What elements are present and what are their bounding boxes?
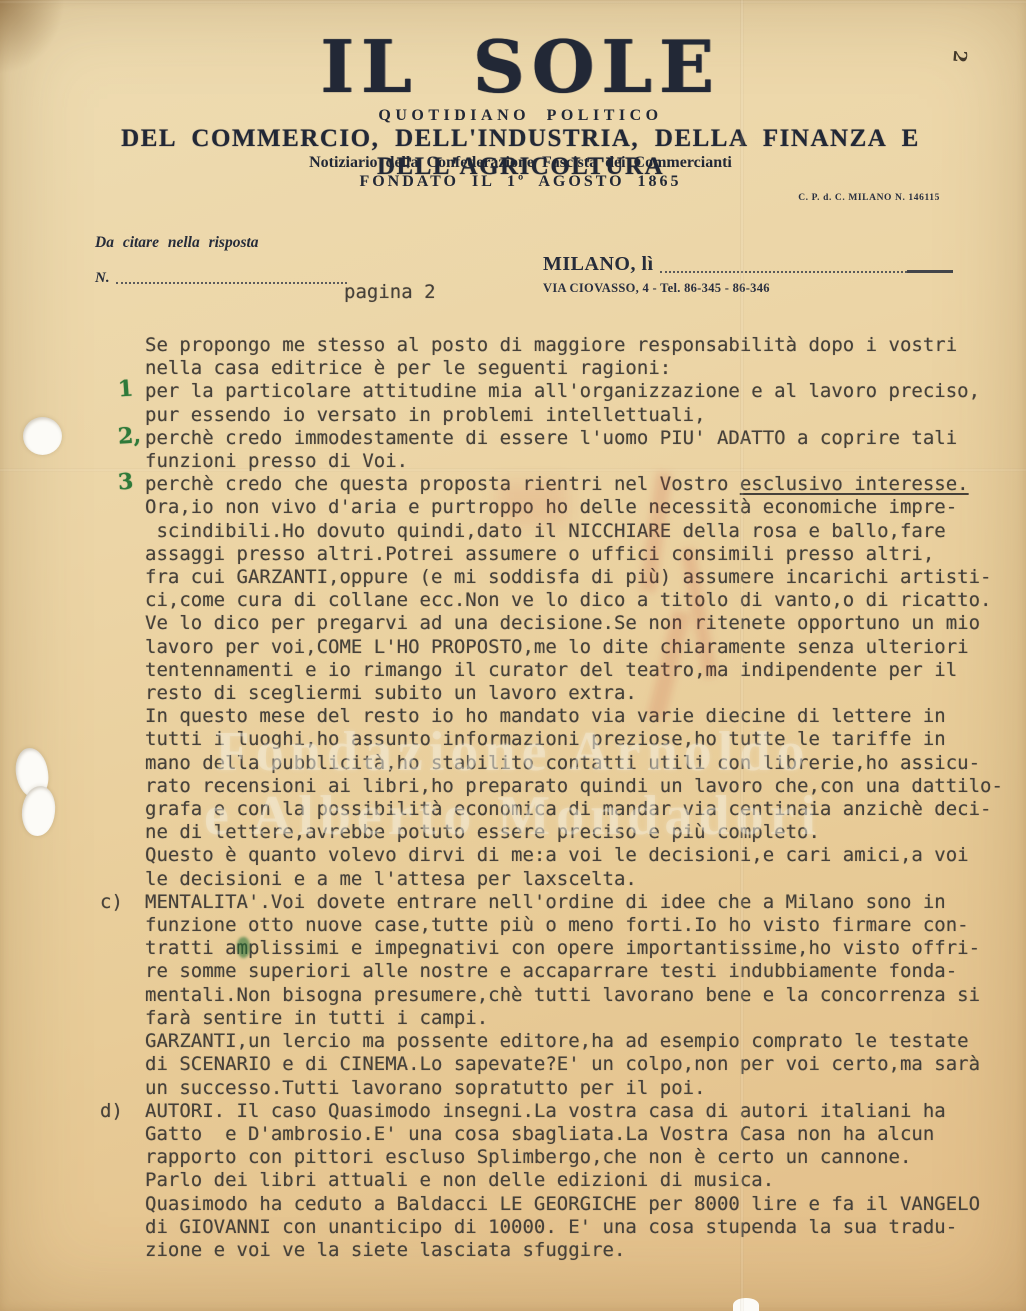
letter-line-text: grafa e con la possibilità economica di … — [145, 798, 991, 820]
letter-line-text: In questo mese del resto io ho mandato v… — [145, 705, 946, 727]
letter-line: Se propongo me stesso al posto di maggio… — [145, 334, 1023, 357]
letter-line-text: tutti i luoghi,ho assunto informazioni p… — [145, 728, 946, 750]
letter-line-text: assaggi presso altri.Potrei assumere o u… — [145, 543, 934, 565]
letter-line-text: zione e voi ve la siete lasciata sfuggir… — [145, 1239, 625, 1261]
letter-line: GARZANTI,un lercio ma possente editore,h… — [145, 1030, 1023, 1053]
letter-line-text: funzioni presso di Voi. — [145, 450, 408, 472]
paper-nick — [733, 1298, 759, 1311]
letter-line-text: perchè credo che questa proposta rientri… — [145, 473, 740, 495]
letter-line: grafa e con la possibilità economica di … — [145, 798, 1023, 821]
letter-line: zione e voi ve la siete lasciata sfuggir… — [145, 1239, 1023, 1262]
letter-line: Ora,io non vivo d'aria e purtroppo ho de… — [145, 496, 1023, 519]
letter-line: ci,come cura di collane ecc.Non ve lo di… — [145, 589, 1023, 612]
letter-line-text: le decisioni e a me l'attesa per laxscel… — [145, 868, 637, 890]
letter-line: le decisioni e a me l'attesa per laxscel… — [145, 868, 1023, 891]
letter-line-text: nella casa editrice è per le seguenti ra… — [145, 357, 671, 379]
masthead-confederation-line: Notiziario della Confederazione Fascista… — [15, 154, 1026, 172]
city-date-label: MILANO, lì — [543, 253, 654, 276]
letter-line: rapporto con pittori escluso Splimbergo,… — [145, 1146, 1023, 1169]
masthead-founded-line: FONDATO IL 1º AGOSTO 1865 — [15, 173, 1026, 191]
reference-number-line: N. — [95, 268, 347, 287]
letter-line-text: di SCENARIO e di CINEMA.Lo sapevate?E' u… — [145, 1053, 980, 1075]
letter-line: pur essendo io versato in problemi intel… — [145, 404, 1023, 427]
letter-line-text: farà sentire in tutti i campi. — [145, 1007, 488, 1029]
letter-line: di GIOVANNI con unanticipo di 10000. E' … — [145, 1216, 1023, 1239]
letter-line: funzione otto nuove case,tutte più o men… — [145, 914, 1023, 937]
letter-line-text: di GIOVANNI con unanticipo di 10000. E' … — [145, 1216, 957, 1238]
letter-line-text: pur essendo io versato in problemi intel… — [145, 404, 706, 426]
letter-line: tutti i luoghi,ho assunto informazioni p… — [145, 728, 1023, 751]
dotted-fill-line — [116, 268, 347, 284]
handwritten-list-number: 1 — [117, 378, 134, 402]
letter-line: Parlo dei libri attuali e non delle ediz… — [145, 1169, 1023, 1192]
letter-line: funzioni presso di Voi. — [145, 450, 1023, 473]
letter-line-text: Ora,io non vivo d'aria e purtroppo ho de… — [145, 496, 957, 518]
letter-line-text: tentennamenti e io rimango il curator de… — [145, 659, 957, 681]
reply-reference-note: Da citare nella risposta — [95, 234, 259, 252]
letter-line: nella casa editrice è per le seguenti ra… — [145, 357, 1023, 380]
letter-line: c)MENTALITA'.Voi dovete entrare nell'ord… — [145, 891, 1023, 914]
letter-line-text: Questo è quanto volevo dirvi di me:a voi… — [145, 844, 969, 866]
letter-line: tratti amplissimi e impegnativi con oper… — [145, 937, 1023, 960]
letter-line: farà sentire in tutti i campi. — [145, 1007, 1023, 1030]
handwritten-list-number: 3 — [117, 471, 134, 495]
letter-line: ne di lettere,avrebbe potuto essere prec… — [145, 821, 1023, 844]
letter-line-text: AUTORI. Il caso Quasimodo insegni.La vos… — [145, 1100, 946, 1122]
postal-registration-note: C. P. d. C. MILANO N. 146115 — [798, 193, 940, 203]
letter-line-text: Gatto e D'ambrosio.E' una cosa sbagliata… — [145, 1123, 934, 1145]
letter-line-text: GARZANTI,un lercio ma possente editore,h… — [145, 1030, 969, 1052]
letter-line-text: Parlo dei libri attuali e non delle ediz… — [145, 1169, 774, 1191]
letter-line: assaggi presso altri.Potrei assumere o u… — [145, 543, 1023, 566]
letter-line-text: re somme superiori alle nostre e accapar… — [145, 960, 957, 982]
letter-body: Se propongo me stesso al posto di maggio… — [145, 334, 1023, 1262]
letter-line-text: tratti amplissimi e impegnativi con oper… — [145, 937, 980, 959]
letter-line-text: rapporto con pittori escluso Splimbergo,… — [145, 1146, 911, 1168]
letter-line-text: Se propongo me stesso al posto di maggio… — [145, 334, 957, 356]
letter-line: scindibili.Ho dovuto quindi,dato il NICC… — [145, 520, 1023, 543]
letter-line-text: fra cui GARZANTI,oppure (e mi soddisfa d… — [145, 566, 991, 588]
letter-line: Ve lo dico per pregarvi ad una decisione… — [145, 612, 1023, 635]
line-end-dash — [907, 270, 953, 273]
letter-line-text: MENTALITA'.Voi dovete entrare nell'ordin… — [145, 891, 946, 913]
dotted-fill-line — [660, 257, 907, 273]
letter-line: lavoro per voi,COME L'HO PROPOSTO,me lo … — [145, 636, 1023, 659]
letter-line: Questo è quanto volevo dirvi di me:a voi… — [145, 844, 1023, 867]
letter-line-text: Ve lo dico per pregarvi ad una decisione… — [145, 612, 980, 634]
punch-hole — [23, 417, 62, 455]
letter-line: mentali.Non bisogna presumere,chè tutti … — [145, 984, 1023, 1007]
letter-line-text: funzione otto nuove case,tutte più o men… — [145, 914, 969, 936]
page-number-label: pagina 2 — [344, 281, 436, 303]
letter-line: di SCENARIO e di CINEMA.Lo sapevate?E' u… — [145, 1053, 1023, 1076]
letter-line: In questo mese del resto io ho mandato v… — [145, 705, 1023, 728]
typed-list-letter: d) — [100, 1100, 123, 1123]
letter-line-text: mentali.Non bisogna presumere,chè tutti … — [145, 984, 980, 1006]
letter-line-text: scindibili.Ho dovuto quindi,dato il NICC… — [145, 520, 946, 542]
letter-line: 2,perchè credo immodestamente di essere … — [145, 427, 1023, 450]
letter-line-text: un successo.Tutti lavorano sopratutto pe… — [145, 1077, 706, 1099]
street-address: VIA CIOVASSO, 4 - Tel. 86-345 - 86-346 — [543, 281, 770, 296]
reference-number-label: N. — [95, 270, 110, 287]
horizontal-fold-crease — [0, 0, 1026, 4]
letter-line-text: lavoro per voi,COME L'HO PROPOSTO,me lo … — [145, 636, 969, 658]
letter-line: un successo.Tutti lavorano sopratutto pe… — [145, 1077, 1023, 1100]
letter-line-text: rato recensioni ai libri,ho preparato qu… — [145, 775, 1003, 797]
handwritten-list-number: 2, — [117, 424, 142, 449]
letter-line: d)AUTORI. Il caso Quasimodo insegni.La v… — [145, 1100, 1023, 1123]
letter-line-text: ci,come cura di collane ecc.Non ve lo di… — [145, 589, 991, 611]
typed-list-letter: c) — [100, 891, 123, 914]
letter-line: rato recensioni ai libri,ho preparato qu… — [145, 775, 1023, 798]
archival-corner-number: 2 — [948, 49, 970, 63]
letter-line: fra cui GARZANTI,oppure (e mi soddisfa d… — [145, 566, 1023, 589]
letter-line-text: perchè credo immodestamente di essere l'… — [145, 427, 957, 449]
letter-line: tentennamenti e io rimango il curator de… — [145, 659, 1023, 682]
letter-line: 3perchè credo che questa proposta rientr… — [145, 473, 1023, 496]
letter-line: Quasimodo ha ceduto a Baldacci LE GEORGI… — [145, 1193, 1023, 1216]
letter-line: 1per la particolare attitudine mia all'o… — [145, 380, 1023, 403]
scanned-letter-page: IL SOLE QUOTIDIANO POLITICO DEL COMMERCI… — [0, 0, 1026, 1311]
newspaper-masthead-title: IL SOLE — [15, 30, 1026, 104]
masthead-subtitle: QUOTIDIANO POLITICO — [15, 107, 1026, 125]
letter-line-text: ne di lettere,avrebbe potuto essere prec… — [145, 821, 820, 843]
letter-line-text: resto di scegliermi subito un lavoro ext… — [145, 682, 637, 704]
letter-line-text: Quasimodo ha ceduto a Baldacci LE GEORGI… — [145, 1193, 980, 1215]
letter-line: Gatto e D'ambrosio.E' una cosa sbagliata… — [145, 1123, 1023, 1146]
letter-line-text: per la particolare attitudine mia all'or… — [145, 380, 980, 402]
letter-line: mano della pubblicità,ho stabilito conta… — [145, 752, 1023, 775]
letter-line: resto di scegliermi subito un lavoro ext… — [145, 682, 1023, 705]
letter-line-text: mano della pubblicità,ho stabilito conta… — [145, 752, 980, 774]
underlined-text: esclusivo interesse. — [740, 473, 969, 495]
letter-line: re somme superiori alle nostre e accapar… — [145, 960, 1023, 983]
date-line: MILANO, lì — [543, 253, 953, 276]
